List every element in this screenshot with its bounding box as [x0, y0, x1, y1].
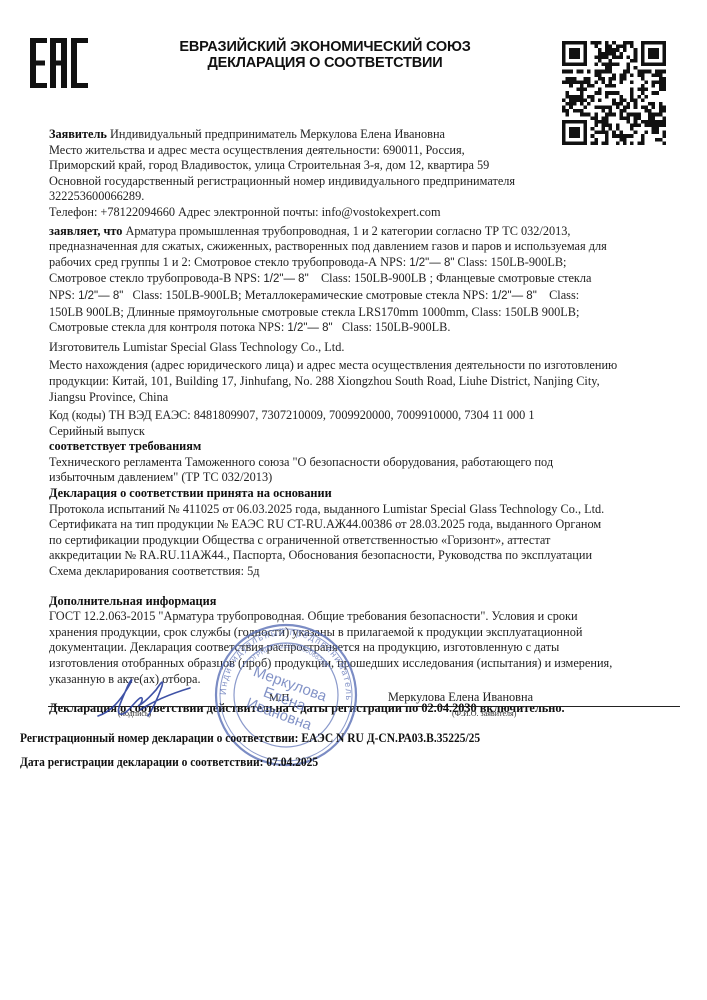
basis-line-2: Сертификата на тип продукции № ЕАЭС RU C…: [49, 517, 669, 533]
product-line-5: NPS: 1/2"— 8" Class: 150LB-900LB; Металл…: [49, 288, 669, 305]
requirements-line-2: избыточным давлением" (ТР ТС 032/2013): [49, 470, 669, 486]
signature-line: [48, 706, 248, 707]
header-declaration-title: ДЕКЛАРАЦИЯ О СООТВЕТСТВИИ: [140, 55, 510, 71]
header-union-title: ЕВРАЗИЙСКИЙ ЭКОНОМИЧЕСКИЙ СОЮЗ: [140, 39, 510, 55]
product-line-3: рабочих сред группы 1 и 2: Смотровое сте…: [49, 255, 669, 272]
product-line-1: заявляет, что Арматура промышленная труб…: [49, 224, 669, 240]
product-line-7: Смотровые стекла для контроля потока NPS…: [49, 320, 669, 337]
product-line-4: Смотровое стекло трубопровода-В NPS: 1/2…: [49, 271, 669, 288]
applicant-ogrn-2: 322253600066289.: [49, 189, 669, 205]
additional-label: Дополнительная информация: [49, 594, 669, 610]
manufacturer-line: Изготовитель Lumistar Special Glass Tech…: [49, 340, 669, 356]
hs-codes: Код (коды) ТН ВЭД ЕАЭС: 8481809907, 7307…: [49, 408, 669, 424]
signature-caption: (подпись): [118, 709, 151, 718]
signer-name: Меркулова Елена Ивановна: [388, 690, 533, 705]
manufacturer-address-3: Jiangsu Province, China: [49, 390, 669, 406]
release-type: Серийный выпуск: [49, 424, 669, 440]
applicant-name: Индивидуальный предприниматель Меркулова…: [107, 127, 445, 141]
document-header: ЕВРАЗИЙСКИЙ ЭКОНОМИЧЕСКИЙ СОЮЗ ДЕКЛАРАЦИ…: [140, 39, 510, 71]
basis-line-3: по сертификации продукции Общества с огр…: [49, 533, 669, 549]
signer-name-caption: (Ф.И.О. заявителя): [452, 709, 516, 718]
registration-date: Дата регистрации декларации о соответств…: [20, 755, 318, 770]
declares-label: заявляет, что: [49, 224, 122, 238]
requirements-line-1: Технического регламента Таможенного союз…: [49, 455, 669, 471]
declaration-body: Заявитель Индивидуальный предприниматель…: [49, 127, 669, 717]
basis-scheme: Схема декларирования соответствия: 5д: [49, 564, 669, 580]
additional-line-2: хранения продукции, срок службы (годност…: [49, 625, 669, 641]
applicant-line: Заявитель Индивидуальный предприниматель…: [49, 127, 669, 143]
additional-line-3: документации. Декларация соответствия ра…: [49, 640, 669, 656]
manufacturer-address-1: Место нахождения (адрес юридического лиц…: [49, 358, 669, 374]
registration-number: Регистрационный номер декларации о соотв…: [20, 731, 480, 746]
additional-line-4: изготовления отобранных образцов (проб) …: [49, 656, 669, 672]
applicant-address-1: Место жительства и адрес места осуществл…: [49, 143, 669, 159]
basis-line-4: аккредитации № RA.RU.11АЖ44., Паспорта, …: [49, 548, 669, 564]
signer-name-line: [280, 706, 680, 707]
basis-line-1: Протокола испытаний № 411025 от 06.03.20…: [49, 502, 669, 518]
manufacturer-address-2: продукции: Китай, 101, Building 17, Jinh…: [49, 374, 669, 390]
applicant-address-2: Приморский край, город Владивосток, улиц…: [49, 158, 669, 174]
product-line-2: предназначенная для сжатых, сжиженных, р…: [49, 239, 669, 255]
eac-mark-icon: [30, 38, 88, 88]
requirements-label: соответствует требованиям: [49, 439, 669, 455]
seal-place-label: М.П.: [269, 692, 292, 704]
additional-line-1: ГОСТ 12.2.063-2015 "Арматура трубопровод…: [49, 609, 669, 625]
additional-line-5: указанную в акте(ах) отбора.: [49, 672, 669, 688]
applicant-label: Заявитель: [49, 127, 107, 141]
basis-label: Декларация о соответствии принята на осн…: [49, 486, 669, 502]
product-line-6: 150LB 900LB; Длинные прямоугольные смотр…: [49, 305, 669, 321]
applicant-contacts: Телефон: +78122094660 Адрес электронной …: [49, 205, 669, 221]
applicant-ogrn-1: Основной государственный регистрационный…: [49, 174, 669, 190]
